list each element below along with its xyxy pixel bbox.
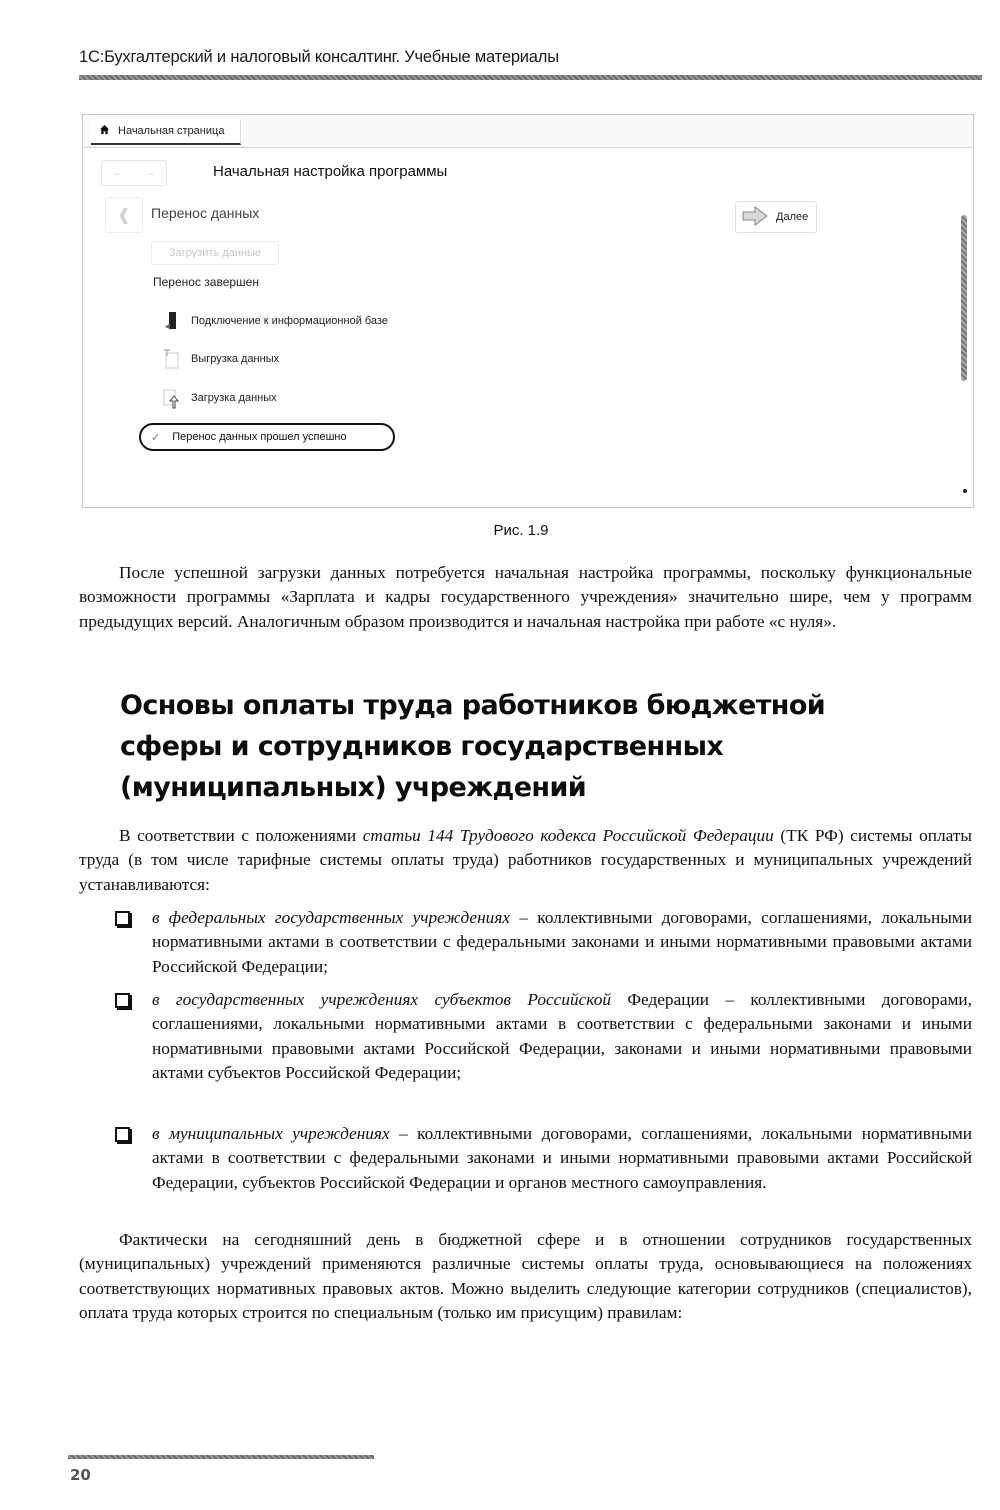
step-label: Загрузка данных bbox=[191, 392, 277, 404]
back-arrow-icon[interactable]: ❰ bbox=[105, 197, 143, 233]
tab-bar: Начальная страница bbox=[83, 115, 973, 148]
step-label: Выгрузка данных bbox=[191, 353, 279, 365]
paragraph-3: Фактически на сегодняшний день в бюджетн… bbox=[79, 1228, 972, 1326]
nav-buttons: ← → bbox=[101, 160, 167, 186]
arrow-right-large-icon bbox=[742, 206, 768, 229]
arrow-left-icon[interactable]: ← bbox=[113, 167, 124, 179]
next-button[interactable]: Далее bbox=[735, 201, 817, 233]
tab-home[interactable]: Начальная страница bbox=[91, 119, 241, 145]
database-connection-icon bbox=[161, 309, 181, 333]
paragraph-text: Фактически на сегодняшний день в бюджетн… bbox=[79, 1230, 972, 1322]
load-data-button[interactable]: Загрузить данные bbox=[151, 241, 279, 265]
transfer-status: Перенос завершен bbox=[153, 275, 259, 289]
header-rule bbox=[79, 75, 982, 80]
checkbox-bullet-icon bbox=[115, 911, 130, 926]
list-item-italic: в муниципальных учреждениях bbox=[152, 1124, 390, 1143]
step-import: Загрузка данных bbox=[161, 386, 277, 410]
transfer-success-message: ✓ Перенос данных прошел успешно bbox=[139, 423, 395, 451]
paragraph-text: После успешной загрузки данных потребует… bbox=[79, 563, 972, 631]
home-icon bbox=[99, 124, 110, 138]
scroll-indicator bbox=[963, 489, 967, 493]
list-item: в государственных учреждениях субъектов … bbox=[115, 988, 972, 1086]
paragraph-2: В соответствии с положениями статьи 144 … bbox=[79, 824, 972, 897]
page-number: 20 bbox=[70, 1466, 91, 1484]
checkbox-bullet-icon bbox=[115, 1127, 130, 1142]
section-heading: Основы оплаты труда работников бюджетной… bbox=[120, 685, 880, 808]
checkbox-bullet-icon bbox=[115, 993, 130, 1008]
step-label: Подключение к информационной базе bbox=[191, 315, 388, 327]
import-data-icon bbox=[161, 386, 181, 410]
law-reference: статьи 144 Трудового кодекса Российской … bbox=[363, 826, 774, 845]
screenshot-figure: Начальная страница ← → Начальная настрой… bbox=[82, 114, 974, 508]
form-title: Начальная настройка программы bbox=[213, 163, 447, 180]
scrollbar[interactable] bbox=[961, 215, 967, 381]
list-item-italic: в федеральных государственных учреждения… bbox=[152, 908, 510, 927]
next-label: Далее bbox=[776, 211, 808, 223]
running-title: 1С:Бухгалтерский и налоговый консалтинг.… bbox=[79, 48, 559, 67]
tab-label: Начальная страница bbox=[118, 125, 224, 137]
figure-caption: Рис. 1.9 bbox=[0, 522, 1000, 539]
list-item: в федеральных государственных учреждения… bbox=[115, 906, 972, 979]
step-connection: Подключение к информационной базе bbox=[161, 309, 388, 333]
arrow-right-icon[interactable]: → bbox=[145, 167, 156, 179]
paragraph-lead: В соответствии с положениями bbox=[119, 826, 356, 845]
list-item: в муниципальных учреждениях – коллективн… bbox=[115, 1122, 972, 1195]
export-data-icon bbox=[161, 347, 181, 371]
step-export: Выгрузка данных bbox=[161, 347, 279, 371]
paragraph-1: После успешной загрузки данных потребует… bbox=[79, 561, 972, 634]
list-item-italic: в государственных учреждениях субъектов … bbox=[152, 990, 611, 1009]
footer-rule bbox=[68, 1455, 374, 1459]
success-label: Перенос данных прошел успешно bbox=[172, 431, 346, 443]
section-title: Перенос данных bbox=[151, 205, 259, 221]
check-icon: ✓ bbox=[151, 431, 160, 444]
